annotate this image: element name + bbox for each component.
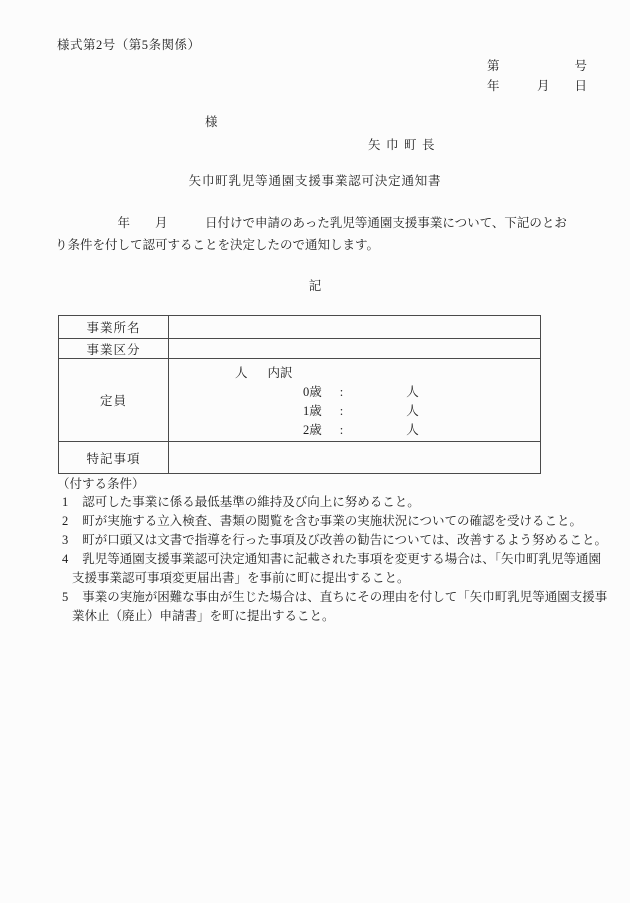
conditions-list: 1認可した事業に係る最低基準の維持及び向上に努めること。 2町が実施する立入検査… [62,493,610,626]
row-value-capacity: 人内訳 0歳:人 1歳:人 2歳:人 [169,359,541,442]
sender-title: 矢巾町長 [368,137,630,153]
condition-item-4: 4乳児等通園支援事業認可決定通知書に記載された事項を変更する場合は、「矢巾町乳児… [62,550,610,588]
row-value-business-category [169,339,541,359]
document-page: 様式第2号（第5条関係） 第 号 年 月 日 様 矢巾町長 矢巾町乳児等通園支援… [0,0,630,903]
condition-1-number: 1 [62,495,68,509]
age2-separator: : [340,423,343,437]
age0-unit-label: 人 [406,385,419,399]
capacity-age1-line: 1歳:人 [169,402,540,421]
body-line-1: 年 月 日付けで申請のあった乳児等通園支援事業について、下記のとお [55,212,600,234]
table-row-capacity: 定員 人内訳 0歳:人 1歳:人 2歳:人 [59,359,541,442]
capacity-unit-label: 人 [235,366,248,380]
table-row-special-notes: 特記事項 [59,442,541,474]
age2-label: 2歳 [303,423,322,437]
date-line: 年 月 日 [0,78,630,94]
document-number-line: 第 号 [0,58,630,74]
condition-item-3: 3町が口頭又は文書で指導を行った事項及び改善の勧告については、改善するよう努める… [62,531,610,550]
row-label-special-notes: 特記事項 [59,442,169,474]
age1-separator: : [340,404,343,418]
capacity-age0-line: 0歳:人 [169,383,540,402]
condition-2-number: 2 [62,514,68,528]
age1-unit-label: 人 [406,404,419,418]
condition-2-text: 町が実施する立入検査、書類の閲覧を含む事業の実施状況についての確認を受けること。 [82,514,582,528]
capacity-header-line: 人内訳 [169,364,540,383]
row-label-office-name: 事業所名 [59,316,169,339]
addressee-suffix: 様 [205,114,630,130]
age0-separator: : [340,385,343,399]
condition-3-number: 3 [62,533,68,547]
notice-table: 事業所名 事業区分 定員 人内訳 0歳:人 1歳:人 2歳:人 [58,315,541,474]
attached-conditions-section: （付する条件） 1認可した事業に係る最低基準の維持及び向上に努めること。 2町が… [57,476,605,626]
form-number: 様式第2号（第5条関係） [57,37,630,53]
condition-item-5: 5事業の実施が困難な事由が生じた場合は、直ちにその理由を付して「矢巾町乳児等通園… [62,588,610,626]
age2-unit-label: 人 [406,423,419,437]
conditions-heading: （付する条件） [57,476,605,493]
age1-label: 1歳 [303,404,322,418]
condition-5-number: 5 [62,590,68,604]
condition-3-text: 町が口頭又は文書で指導を行った事項及び改善の勧告については、改善するよう努めるこ… [82,533,607,547]
table-row-office-name: 事業所名 [59,316,541,339]
row-label-business-category: 事業区分 [59,339,169,359]
body-line-2: り条件を付して認可することを決定したので通知します。 [55,234,600,256]
condition-5-text: 事業の実施が困難な事由が生じた場合は、直ちにその理由を付して「矢巾町乳児等通園支… [72,590,607,623]
row-value-special-notes [169,442,541,474]
table-row-business-category: 事業区分 [59,339,541,359]
condition-item-1: 1認可した事業に係る最低基準の維持及び向上に努めること。 [62,493,610,512]
capacity-breakdown-label: 内訳 [268,366,293,380]
condition-1-text: 認可した事業に係る最低基準の維持及び向上に努めること。 [82,495,420,509]
document-title: 矢巾町乳児等通園支援事業認可決定通知書 [0,173,630,189]
row-value-office-name [169,316,541,339]
ki-marker: 記 [0,278,630,294]
condition-item-2: 2町が実施する立入検査、書類の閲覧を含む事業の実施状況についての確認を受けること… [62,512,610,531]
capacity-age2-line: 2歳:人 [169,421,540,440]
condition-4-number: 4 [62,552,68,566]
age0-label: 0歳 [303,385,322,399]
condition-4-text: 乳児等通園支援事業認可決定通知書に記載された事項を変更する場合は、「矢巾町乳児等… [72,552,601,585]
row-label-capacity: 定員 [59,359,169,442]
body-paragraph: 年 月 日付けで申請のあった乳児等通園支援事業について、下記のとお り条件を付し… [55,212,600,256]
